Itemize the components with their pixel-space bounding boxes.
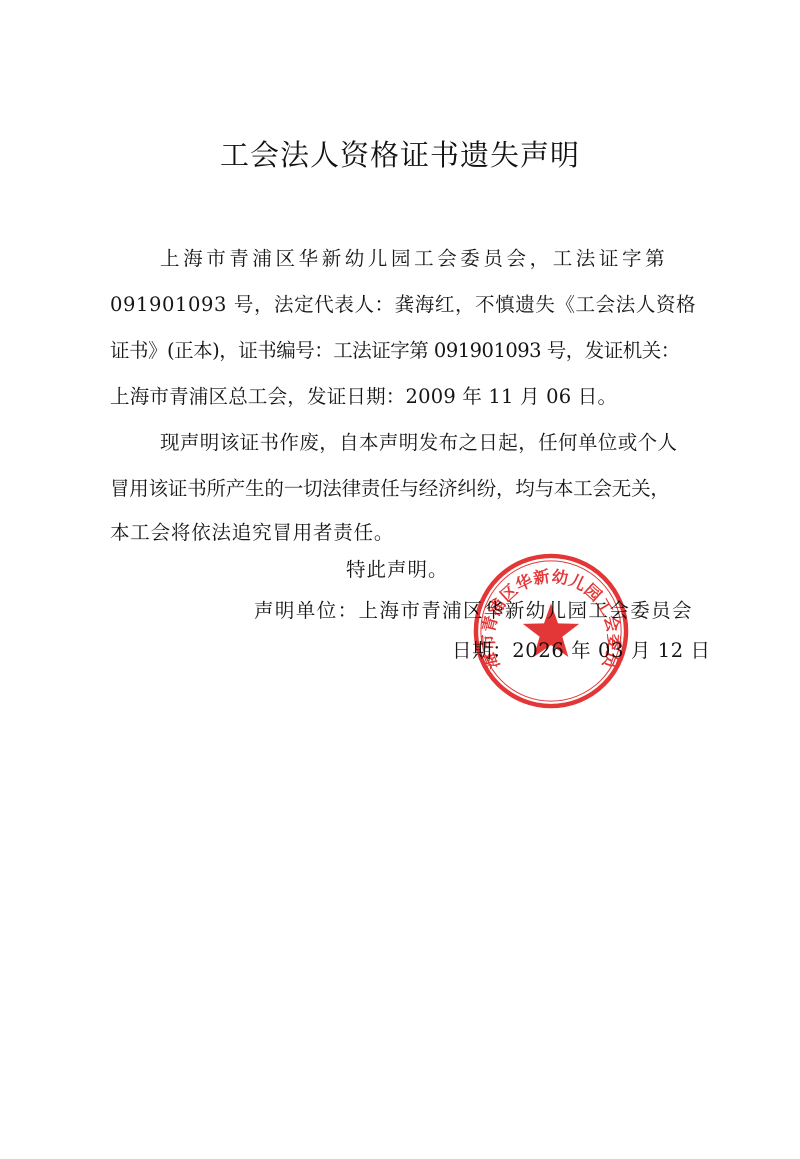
document-title: 工会法人资格证书遗失声明: [0, 133, 800, 174]
signature-date: 日期：2026 年 03 月 12 日: [452, 637, 711, 665]
closing-statement: 特此声明。: [346, 556, 449, 584]
signature-line: 声明单位：上海市青浦区华新幼儿园工会委员会: [254, 597, 693, 625]
paragraph1-line2: 091901093 号，法定代表人：龚海红，不慎遗失《工会法人资格: [110, 291, 696, 319]
paragraph1-line4: 上海市青浦区总工会，发证日期：2009 年 11 月 06 日。: [110, 383, 617, 411]
paragraph1-line1: 上海市青浦区华新幼儿园工会委员会，工法证字第: [160, 245, 668, 273]
signature-label: 声明单位：: [254, 599, 359, 622]
paragraph2-line1: 现声明该证书作废，自本声明发布之日起，任何单位或个人: [160, 429, 677, 457]
official-seal: 上海市青浦区华新幼儿园工会委员会: [472, 552, 630, 710]
paragraph2-line2: 冒用该证书所产生的一切法律责任与经济纠纷，均与本工会无关，: [110, 475, 670, 503]
paragraph1-line3: 证书》(正本)，证书编号：工法证字第 091901093 号，发证机关：: [110, 337, 680, 365]
signature-organization: 上海市青浦区华新幼儿园工会委员会: [359, 599, 693, 622]
paragraph2-line3: 本工会将依法追究冒用者责任。: [110, 519, 394, 547]
document-page: 工会法人资格证书遗失声明 上海市青浦区华新幼儿园工会委员会，工法证字第 0919…: [0, 0, 800, 1159]
